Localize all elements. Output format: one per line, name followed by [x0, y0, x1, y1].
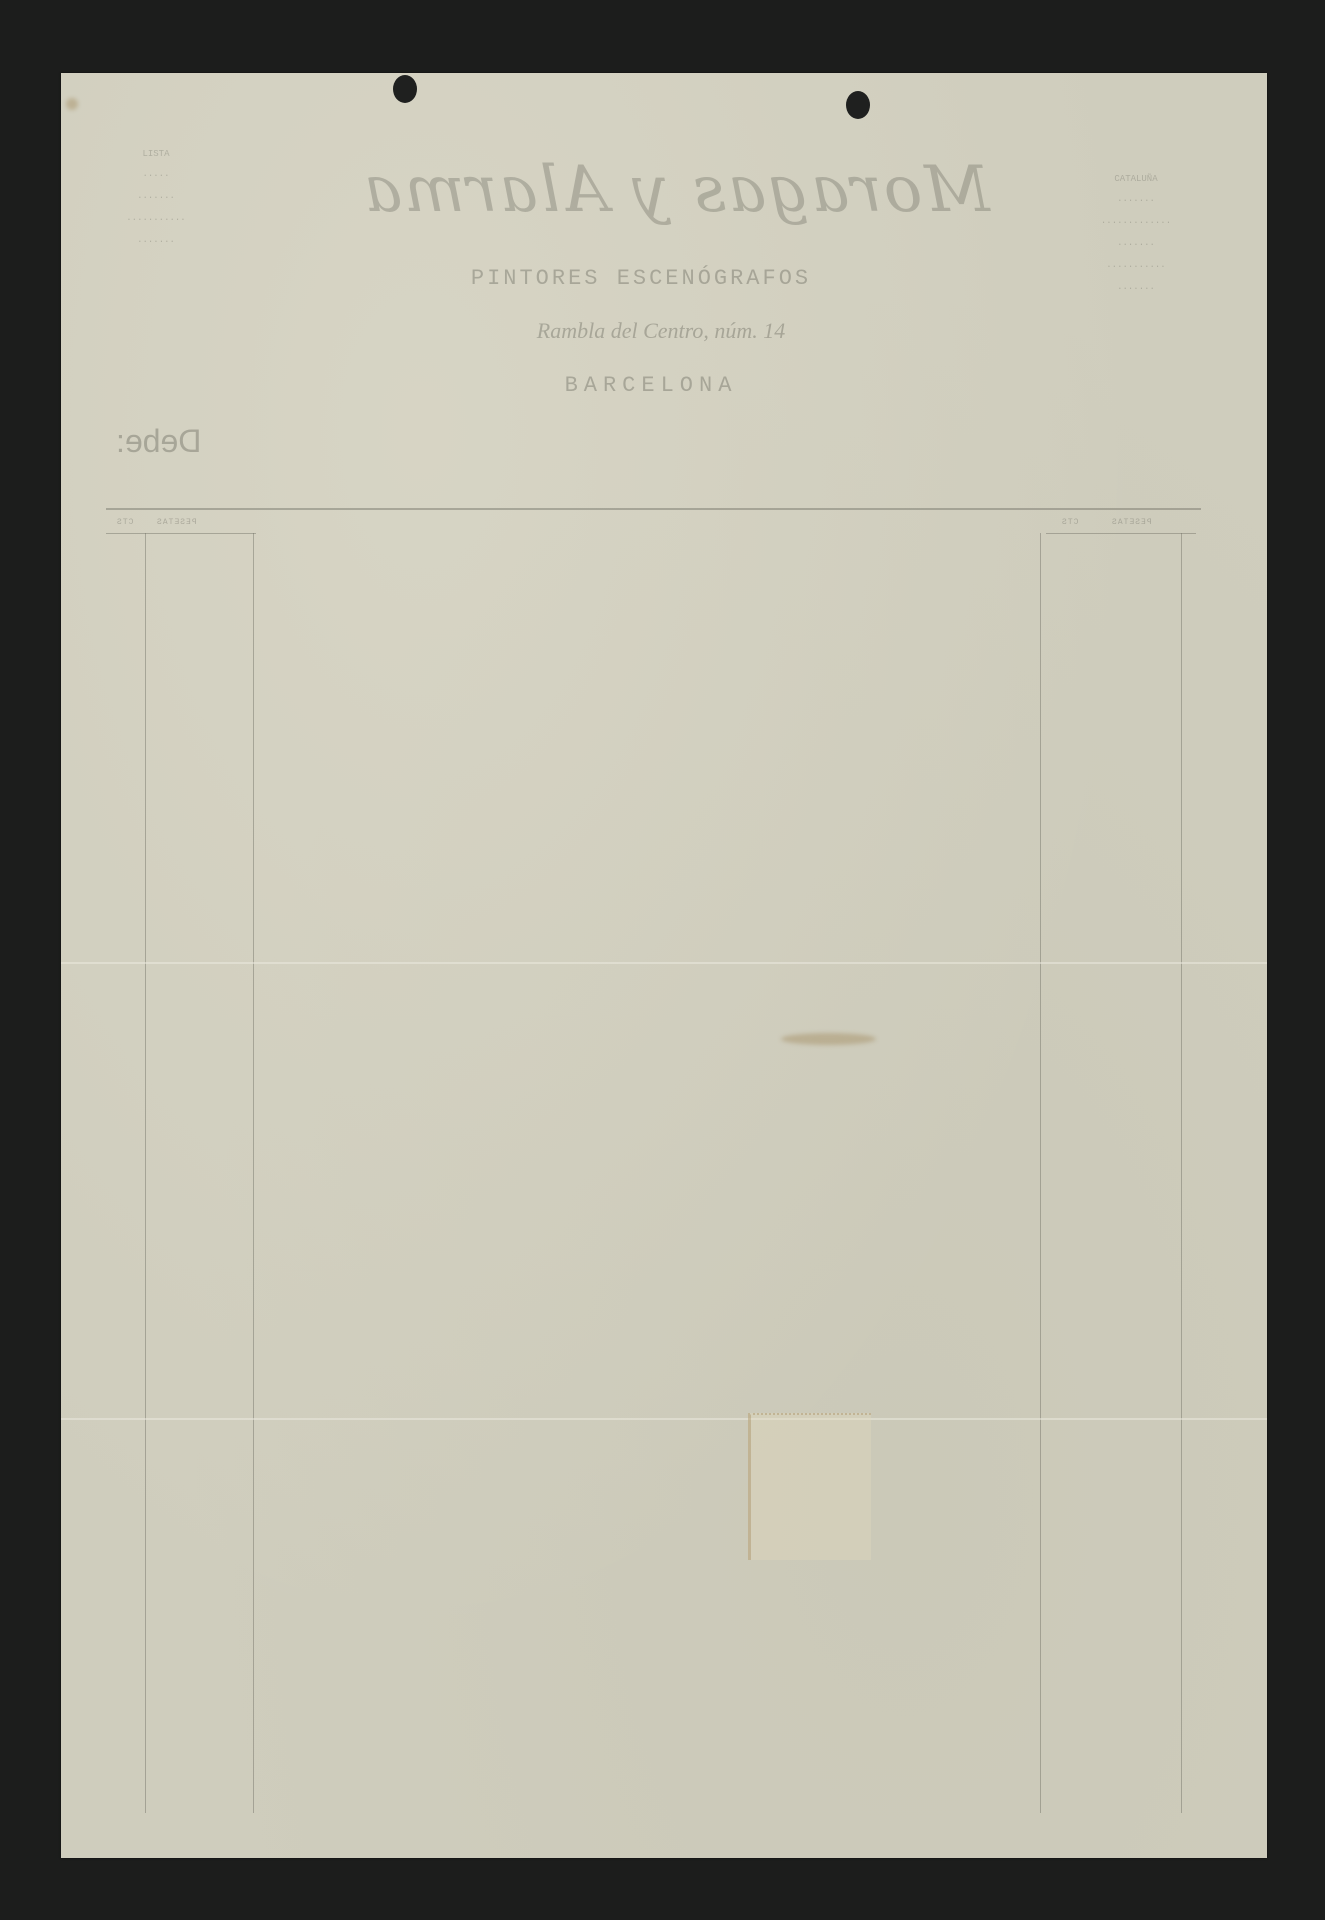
- company-city: BARCELONA: [501, 373, 801, 398]
- stamp-ghost: [748, 1413, 871, 1560]
- column-line-right-2: [1181, 533, 1182, 1813]
- right-block-line: ·······: [1051, 190, 1221, 212]
- punch-hole-right: [846, 91, 870, 119]
- right-header-cts: CTS: [1061, 518, 1078, 527]
- right-block-line: ·······: [1051, 278, 1221, 300]
- left-block-line: LISTA: [81, 143, 231, 165]
- left-block-line: ···········: [81, 209, 231, 231]
- stain-mark: [781, 1033, 876, 1045]
- stain-mark-corner: [66, 98, 78, 110]
- document-page: Moragas y Alarma PINTORES ESCENÓGRAFOS R…: [61, 73, 1267, 1858]
- fold-crease-lower: [61, 1418, 1267, 1420]
- debit-label-text: Debe:: [116, 423, 201, 460]
- left-block-line: ·······: [81, 187, 231, 209]
- column-line-left-2: [253, 533, 254, 1813]
- right-header-pesetas: PESETAS: [1111, 518, 1152, 527]
- right-block-line: ·······: [1051, 234, 1221, 256]
- company-subtitle: PINTORES ESCENÓGRAFOS: [391, 266, 891, 291]
- right-block-line: ···········: [1051, 256, 1221, 278]
- right-block-line: ·············: [1051, 212, 1221, 234]
- left-header-cts-text: CTS: [116, 518, 133, 527]
- punch-hole-left: [393, 75, 417, 103]
- company-name-script: Moragas y Alarma: [296, 153, 1056, 227]
- left-header-pesetas: PESETAS: [156, 518, 197, 527]
- left-side-block: LISTA ····· ······· ··········· ·······: [81, 143, 231, 253]
- left-block-line: ·······: [81, 231, 231, 253]
- left-header-cts: CTS: [116, 518, 133, 527]
- right-header-pesetas-text: PESETAS: [1111, 518, 1152, 527]
- right-block-line: CATALUÑA: [1051, 168, 1221, 190]
- left-block-line: ·····: [81, 165, 231, 187]
- right-header-cts-text: CTS: [1061, 518, 1078, 527]
- column-line-left-1: [145, 533, 146, 1813]
- right-side-block: CATALUÑA ······· ············· ······· ·…: [1051, 168, 1221, 300]
- company-address: Rambla del Centro, núm. 14: [411, 318, 911, 344]
- left-header-pesetas-text: PESETAS: [156, 518, 197, 527]
- table-header-rule-right: [1046, 533, 1196, 534]
- table-top-rule: [106, 508, 1201, 510]
- fold-crease-middle: [61, 962, 1267, 964]
- debit-label: Debe:: [116, 423, 201, 460]
- table-header-rule: [106, 533, 256, 534]
- company-name-text: Moragas y Alarma: [362, 153, 990, 227]
- column-line-right-1: [1040, 533, 1041, 1813]
